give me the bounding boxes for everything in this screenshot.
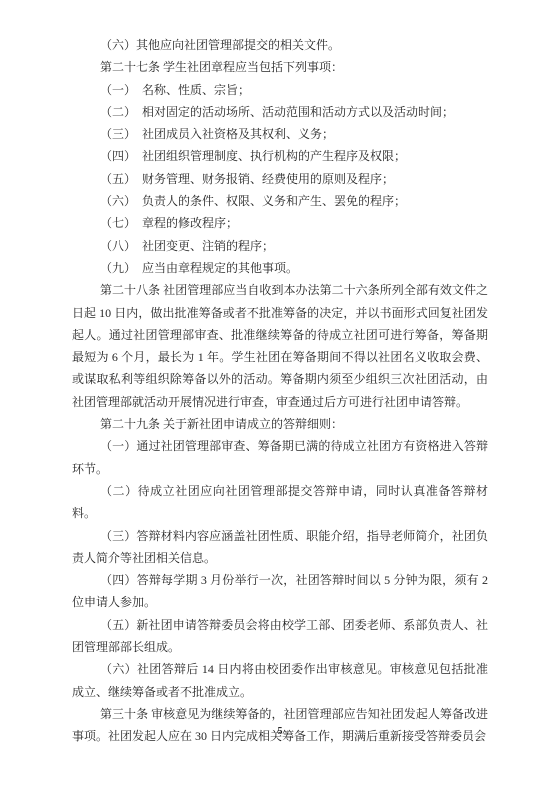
charter-item-1: （一） 名称、性质、宗旨； <box>72 79 488 101</box>
charter-item-4: （四） 社团组织管理制度、执行机构的产生程序及权限； <box>72 145 488 167</box>
charter-item-7: （七） 章程的修改程序； <box>72 212 488 234</box>
document-body: （六）其他应向社团管理部提交的相关文件。 第二十七条 学生社团章程应当包括下列事… <box>72 34 488 748</box>
charter-item-6: （六） 负责人的条件、权限、义务和产生、罢免的程序； <box>72 190 488 212</box>
article-27-heading: 第二十七条 学生社团章程应当包括下列事项： <box>72 56 488 78</box>
defense-rule-3: （三）答辩材料内容应涵盖社团性质、职能介绍，指导老师简介，社团负责人简介等社团相… <box>72 525 488 570</box>
defense-rule-5: （五）新社团申请答辩委员会将由校学工部、团委老师、系部负责人、社团管理部部长组成… <box>72 614 488 659</box>
article-28-body: 第二十八条 社团管理部应当自收到本办法第二十六条所列全部有效文件之日起 10 日… <box>72 279 488 413</box>
charter-item-8: （八） 社团变更、注销的程序； <box>72 235 488 257</box>
article-29-heading: 第二十九条 关于新社团申请成立的答辩细则： <box>72 413 488 435</box>
charter-item-3: （三） 社团成员入社资格及其权利、义务； <box>72 123 488 145</box>
defense-rule-6: （六）社团答辩后 14 日内将由校团委作出审核意见。审核意见包括批准成立、继续筹… <box>72 658 488 703</box>
page-number: 5 <box>0 726 560 737</box>
charter-item-5: （五） 财务管理、财务报销、经费使用的原则及程序； <box>72 168 488 190</box>
defense-rule-4: （四）答辩每学期 3 月份举行一次，社团答辩时间以 5 分钟为限，须有 2 位申… <box>72 569 488 614</box>
charter-item-9: （九） 应当由章程规定的其他事项。 <box>72 257 488 279</box>
document-page: （六）其他应向社团管理部提交的相关文件。 第二十七条 学生社团章程应当包括下列事… <box>0 0 560 793</box>
prev-article-item-6: （六）其他应向社团管理部提交的相关文件。 <box>72 34 488 56</box>
charter-item-2: （二） 相对固定的活动场所、活动范围和活动方式以及活动时间； <box>72 101 488 123</box>
defense-rule-2: （二）待成立社团应向社团管理部提交答辩申请，同时认真准备答辩材料。 <box>72 480 488 525</box>
defense-rule-1: （一）通过社团管理部审查、筹备期已满的待成立社团方有资格进入答辩环节。 <box>72 435 488 480</box>
